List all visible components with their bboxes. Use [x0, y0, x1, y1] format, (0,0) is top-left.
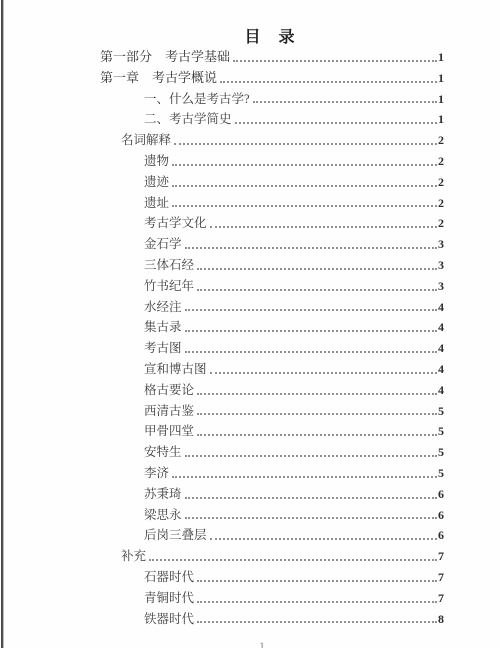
toc-entry-label: 金石学 [144, 234, 182, 255]
dot-leader [220, 81, 437, 83]
dot-leader [149, 559, 437, 561]
toc-entry[interactable]: 竹书纪年 3 [0, 276, 500, 297]
dot-leader [185, 497, 437, 499]
toc-entry[interactable]: 遗迹 2 [0, 172, 500, 193]
dot-leader [253, 101, 437, 103]
toc-entry-page-number: 7 [438, 588, 444, 609]
toc-entry[interactable]: 水经注 4 [0, 297, 500, 318]
dot-leader [197, 393, 437, 395]
dot-leader [185, 517, 437, 519]
toc-entry-label: 后岗三叠层 [144, 525, 207, 546]
toc-entry-label: 青铜时代 [144, 588, 194, 609]
dot-leader [197, 434, 437, 436]
toc-entry-label: 梁思永 [144, 505, 182, 526]
toc-entry-label: 集古录 [144, 317, 182, 338]
toc-entry-page-number: 3 [438, 276, 444, 297]
dot-leader [235, 122, 437, 124]
dot-leader [185, 247, 437, 249]
toc-entry-label: 第一部分 考古学基础 [100, 47, 230, 68]
toc-entry[interactable]: 格古要论 4 [0, 380, 500, 401]
toc-entry[interactable]: 宣和博古图 4 [0, 359, 500, 380]
toc-entry-page-number: 3 [438, 255, 444, 276]
toc-entry-label: 西清古鉴 [144, 401, 194, 422]
dot-leader [197, 580, 437, 582]
toc-entry-label: 遗址 [144, 193, 169, 214]
toc-entry[interactable]: 西清古鉴 5 [0, 401, 500, 422]
toc-entry-label: 遗物 [144, 151, 169, 172]
toc-entry-page-number: 2 [438, 193, 444, 214]
toc-entry[interactable]: 二、考古学简史 1 [0, 109, 500, 130]
toc-entry[interactable]: 李济 5 [0, 463, 500, 484]
toc-entry-label: 李济 [144, 463, 169, 484]
toc-entry-page-number: 1 [438, 89, 444, 110]
toc-entry[interactable]: 青铜时代 7 [0, 588, 500, 609]
toc-entry-page-number: 4 [438, 380, 444, 401]
toc-entry-page-number: 5 [438, 421, 444, 442]
toc-entry-label: 石器时代 [144, 567, 194, 588]
dot-leader [233, 60, 437, 62]
dot-leader [172, 205, 437, 207]
toc-entry-page-number: 5 [438, 463, 444, 484]
toc-entry[interactable]: 遗物 2 [0, 151, 500, 172]
toc-entry-label: 考古学文化 [144, 213, 207, 234]
dot-leader [210, 226, 437, 228]
toc-entry-page-number: 4 [438, 297, 444, 318]
toc-entry[interactable]: 石器时代 7 [0, 567, 500, 588]
toc-entry[interactable]: 考古学文化 2 [0, 213, 500, 234]
toc-entry[interactable]: 铁器时代 8 [0, 609, 500, 630]
toc-entry-page-number: 1 [438, 68, 444, 89]
toc-entry-label: 考古图 [144, 338, 182, 359]
toc-entry[interactable]: 第一章 考古学概说 1 [0, 68, 500, 89]
toc-entry-label: 水经注 [144, 297, 182, 318]
toc-entry[interactable]: 一、什么是考古学? 1 [0, 89, 500, 110]
dot-leader [197, 289, 437, 291]
toc-entry-label: 竹书纪年 [144, 276, 194, 297]
toc-entry-label: 三体石经 [144, 255, 194, 276]
dot-leader [210, 372, 437, 374]
dot-leader [197, 621, 437, 623]
toc-entry-page-number: 6 [438, 525, 444, 546]
toc-entry-label: 第一章 考古学概说 [100, 68, 217, 89]
toc-entry[interactable]: 第一部分 考古学基础 1 [0, 47, 500, 68]
dot-leader [210, 538, 437, 540]
toc-entry-label: 铁器时代 [144, 609, 194, 630]
dot-leader [185, 309, 437, 311]
toc-entry-page-number: 3 [438, 234, 444, 255]
toc-entry-page-number: 4 [438, 359, 444, 380]
toc-entry-page-number: 5 [438, 401, 444, 422]
toc-entry-page-number: 2 [438, 213, 444, 234]
toc-entry[interactable]: 苏秉琦 6 [0, 484, 500, 505]
dot-leader [197, 268, 437, 270]
toc-entry-label: 安特生 [144, 442, 182, 463]
toc-entry-page-number: 1 [438, 47, 444, 68]
toc-entry-page-number: 7 [438, 567, 444, 588]
toc-entry[interactable]: 三体石经 3 [0, 255, 500, 276]
toc-entry[interactable]: 甲骨四堂 5 [0, 421, 500, 442]
dot-leader [197, 601, 437, 603]
page-title: 目 录 [0, 24, 500, 47]
toc-entry-label: 宣和博古图 [144, 359, 207, 380]
toc-entry-page-number: 2 [438, 151, 444, 172]
toc-entry[interactable]: 后岗三叠层 6 [0, 525, 500, 546]
toc-list: 第一部分 考古学基础 1 第一章 考古学概说 1 一、什么是考古学? 1 二、考… [0, 47, 500, 629]
toc-entry-label: 名词解释 [121, 130, 171, 151]
toc-entry[interactable]: 遗址 2 [0, 193, 500, 214]
dot-leader [185, 455, 437, 457]
toc-entry-label: 补充 [121, 546, 146, 567]
toc-entry-label: 一、什么是考古学? [144, 89, 250, 110]
toc-entry-page-number: 6 [438, 505, 444, 526]
dot-leader [185, 351, 437, 353]
toc-entry-page-number: 8 [438, 609, 444, 630]
toc-entry[interactable]: 考古图 4 [0, 338, 500, 359]
toc-entry-page-number: 6 [438, 484, 444, 505]
dot-leader [172, 164, 437, 166]
toc-entry-label: 遗迹 [144, 172, 169, 193]
toc-entry-label: 苏秉琦 [144, 484, 182, 505]
toc-entry[interactable]: 集古录 4 [0, 317, 500, 338]
toc-entry-label: 格古要论 [144, 380, 194, 401]
dot-leader [172, 185, 437, 187]
toc-entry[interactable]: 梁思永 6 [0, 505, 500, 526]
dot-leader [172, 476, 437, 478]
toc-entry-page-number: 7 [438, 546, 444, 567]
footer-page-number: 1 [0, 639, 500, 648]
toc-entry[interactable]: 安特生 5 [0, 442, 500, 463]
toc-entry-page-number: 4 [438, 317, 444, 338]
toc-entry-page-number: 5 [438, 442, 444, 463]
toc-entry-label: 二、考古学简史 [144, 109, 232, 130]
dot-leader [174, 143, 437, 145]
toc-entry[interactable]: 金石学 3 [0, 234, 500, 255]
toc-entry-page-number: 1 [438, 109, 444, 130]
toc-entry-page-number: 2 [438, 130, 444, 151]
toc-entry-label: 甲骨四堂 [144, 421, 194, 442]
toc-entry[interactable]: 补充 7 [0, 546, 500, 567]
toc-entry-page-number: 2 [438, 172, 444, 193]
toc-entry[interactable]: 名词解释 2 [0, 130, 500, 151]
dot-leader [197, 413, 437, 415]
dot-leader [185, 330, 437, 332]
toc-entry-page-number: 4 [438, 338, 444, 359]
